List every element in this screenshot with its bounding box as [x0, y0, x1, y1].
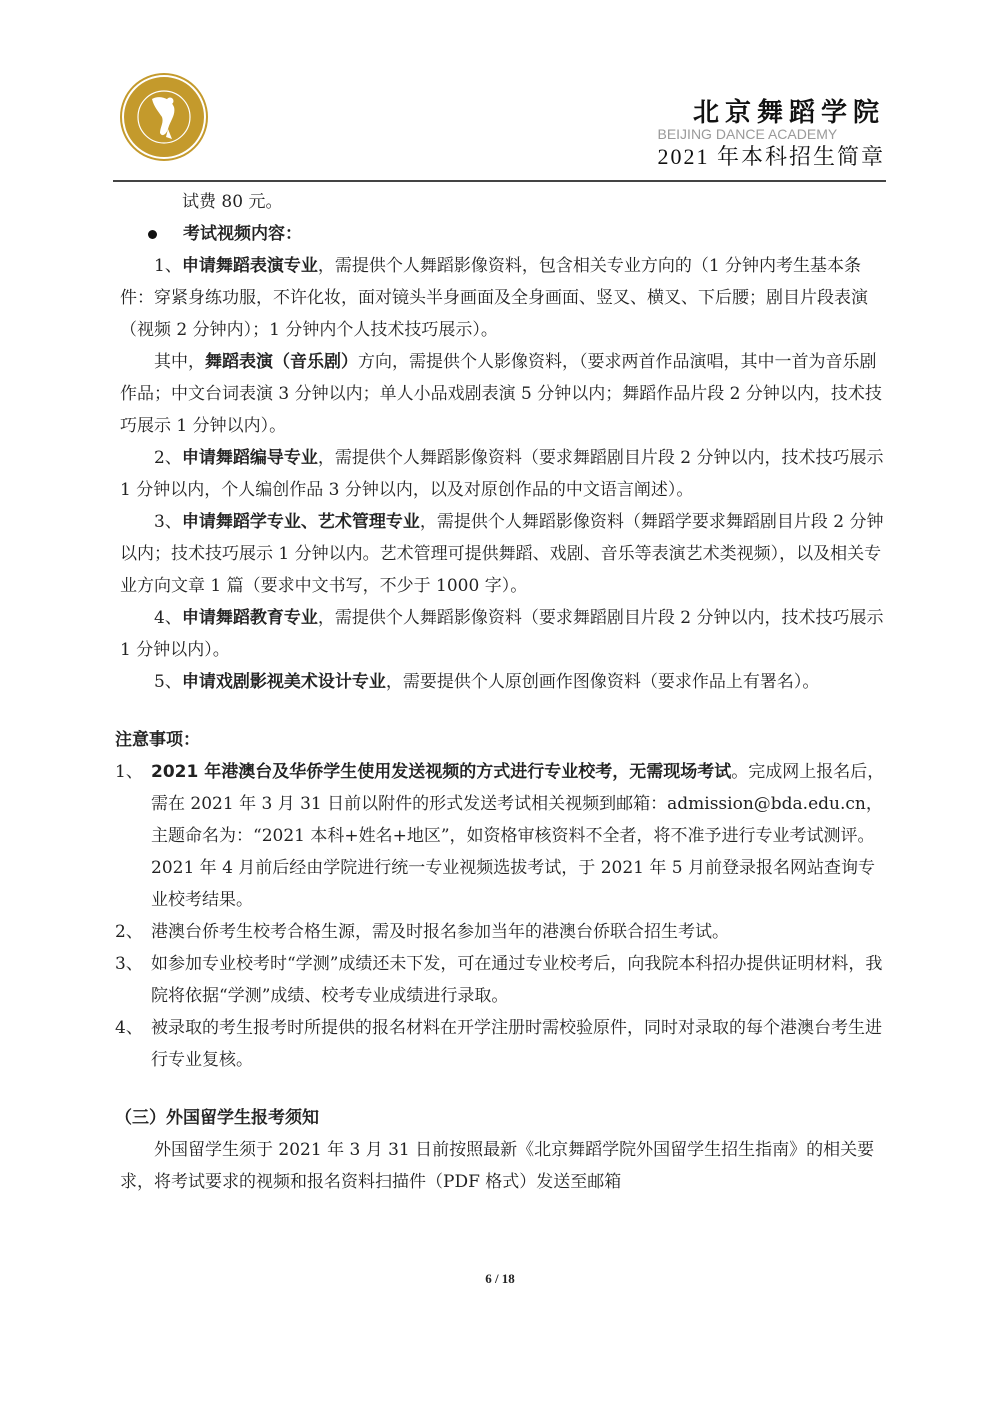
document-body: 试费 80 元。 考试视频内容： 1、申请舞蹈表演专业，需提供个人舞蹈影像资料，…: [120, 186, 890, 1198]
exam-item-major: 申请舞蹈教育专业: [182, 608, 318, 628]
brand-block: 北京舞蹈学院 BEIJING DANCE ACADEMY 2021 年本科招生简…: [657, 98, 885, 170]
academy-logo: [122, 75, 206, 159]
page-header: 北京舞蹈学院 BEIJING DANCE ACADEMY 2021 年本科招生简…: [0, 0, 1000, 185]
section-3-paragraph: 外国留学生须于 2021 年 3 月 31 日前按照最新《北京舞蹈学院外国留学生…: [120, 1134, 890, 1198]
exam-item-major: 申请戏剧影视美术设计专业: [182, 672, 386, 692]
bullet-dot-icon: [148, 230, 157, 239]
brand-chinese-name: 北京舞蹈学院: [657, 98, 885, 128]
note-emphasis: 2021 年港澳台及华侨学生使用发送视频的方式进行专业校考，无需现场考试: [151, 762, 731, 782]
exam-item: 5、申请戏剧影视美术设计专业，需要提供个人原创画作图像资料（要求作品上有署名）。: [120, 666, 890, 698]
exam-item: 其中，舞蹈表演（音乐剧）方向，需提供个人影像资料，（要求两首作品演唱，其中一首为…: [120, 346, 890, 442]
page-number: 6 / 18: [0, 1271, 1000, 1287]
exam-item-major: 申请舞蹈表演专业: [182, 256, 318, 276]
bullet-heading: 考试视频内容：: [120, 218, 890, 250]
note-item: 1、 2021 年港澳台及华侨学生使用发送视频的方式进行专业校考，无需现场考试。…: [115, 756, 890, 916]
exam-item: 1、申请舞蹈表演专业，需提供个人舞蹈影像资料，包含相关专业方向的（1 分钟内考生…: [120, 250, 890, 346]
exam-item-major: 申请舞蹈学专业、艺术管理专业: [182, 512, 420, 532]
brand-subtitle: 2021 年本科招生简章: [657, 144, 885, 170]
note-item: 4、 被录取的考生报考时所提供的报名材料在开学注册时需校验原件，同时对录取的每个…: [115, 1012, 890, 1076]
carry-over-line: 试费 80 元。: [120, 186, 890, 218]
section-3-title: （三）外国留学生报考须知: [115, 1102, 890, 1134]
exam-item: 4、申请舞蹈教育专业，需提供个人舞蹈影像资料（要求舞蹈剧目片段 2 分钟以内，技…: [120, 602, 890, 666]
note-item: 2、 港澳台侨考生校考合格生源，需及时报名参加当年的港澳台侨联合招生考试。: [115, 916, 890, 948]
exam-item: 3、申请舞蹈学专业、艺术管理专业，需提供个人舞蹈影像资料（舞蹈学要求舞蹈剧目片段…: [120, 506, 890, 602]
brand-english-name: BEIJING DANCE ACADEMY: [657, 126, 885, 142]
exam-item-major: 舞蹈表演（音乐剧）: [205, 352, 358, 372]
note-item: 3、 如参加专业校考时“学测”成绩还未下发，可在通过专业校考后，向我院本科招办提…: [115, 948, 890, 1012]
dancer-emblem-icon: [124, 77, 204, 157]
exam-item: 2、申请舞蹈编导专业，需提供个人舞蹈影像资料（要求舞蹈剧目片段 2 分钟以内，技…: [120, 442, 890, 506]
exam-item-major: 申请舞蹈编导专业: [182, 448, 318, 468]
notes-title: 注意事项：: [115, 724, 890, 756]
header-divider: [113, 180, 886, 182]
bullet-heading-text: 考试视频内容：: [183, 218, 302, 250]
